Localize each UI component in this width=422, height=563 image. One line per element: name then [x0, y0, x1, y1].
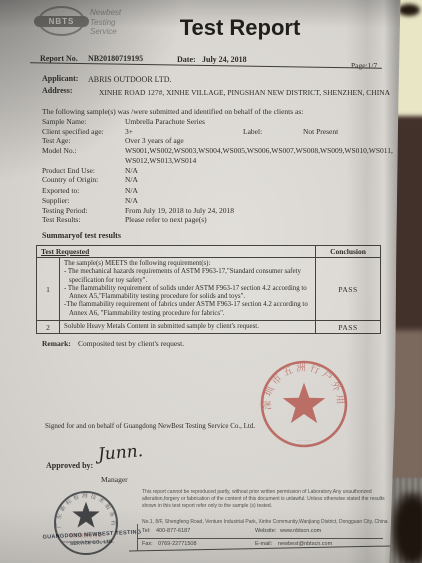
report-no-value: NB20180719195	[88, 54, 143, 63]
field-value: Please refer to next page(s)	[125, 215, 207, 224]
label-present-label: Label:	[243, 127, 262, 136]
logo-abbr: NBTS	[34, 16, 89, 27]
paper-document: NBTS Newbest Testing Service Test Report…	[0, 0, 422, 563]
remark-label: Remark:	[42, 339, 71, 348]
requirement-line: The sample(s) MEETS the following requir…	[64, 260, 311, 268]
table-row: 2 Soluble Heavy Metals Content in submit…	[37, 320, 380, 333]
field-row-model-no-cont: WS012,WS013,WS014	[0, 156, 422, 166]
address-value: XINHE ROAD 127#, XINHE VILLAGE, PINGSHAN…	[99, 88, 390, 97]
field-label: Test Results:	[42, 215, 80, 224]
field-label: Test Age:	[42, 136, 70, 145]
disclaimer-line: This report cannot be reproduced partly,…	[142, 489, 404, 496]
row-text: The sample(s) MEETS the following requir…	[60, 258, 315, 320]
summary-table: Test Requested Conclusion 1 The sample(s…	[36, 245, 381, 334]
table-row: 1 The sample(s) MEETS the following requ…	[37, 258, 380, 320]
disclaimer-text: This report cannot be reproduced partly,…	[142, 489, 404, 510]
date-label: Date:	[177, 55, 196, 64]
field-row-sample-name: Sample Name: Umbrella Parachute Series	[0, 117, 422, 127]
field-row-supplier: Supplier: N/A	[0, 196, 422, 206]
field-value: N/A	[125, 166, 138, 175]
field-label: Product End Use:	[42, 166, 95, 175]
website-label: Website:	[255, 528, 276, 534]
conclusion-badge: PASS	[315, 321, 380, 333]
field-value: WS001,WS002,WS003,WS004,WS005,WS006,WS00…	[125, 146, 393, 155]
field-label: Model No.:	[42, 146, 77, 155]
applicant-value: ABRIS OUTDOOR LTD.	[88, 75, 172, 84]
conclusion-badge: PASS	[315, 258, 380, 320]
field-row-country-origin: Country of Origin: N/A	[0, 175, 422, 185]
fax-value: 0769-22771508	[158, 541, 197, 547]
field-row-exported-to: Exported to: N/A	[0, 186, 422, 196]
row-number: 1	[37, 258, 60, 320]
lab-inspection-stamp: 广东新标检测技术服务有限公司 检验检测专用章 Inspection & Test…	[50, 487, 122, 559]
field-label: Country of Origin:	[42, 175, 98, 184]
field-value: 3+	[125, 127, 133, 136]
label-present-value: Not Present	[303, 127, 338, 136]
row-text: Soluble Heavy Metals Content in submitte…	[60, 321, 315, 333]
field-label: Client specified age:	[42, 127, 104, 136]
col-header-conclusion: Conclusion	[315, 246, 380, 257]
field-label: Supplier:	[42, 196, 70, 205]
tel-value: 400-877-6187	[156, 528, 190, 534]
field-label: Testing Period:	[42, 206, 88, 215]
tel-label: Tel:	[142, 528, 151, 534]
requirement-line: -The flammability requirement of fabrics…	[64, 301, 311, 309]
field-value: N/A	[125, 175, 138, 184]
field-value: From July 19, 2018 to July 24, 2018	[125, 206, 234, 215]
requirement-line: - The flammability requirement of solids…	[64, 285, 311, 293]
remark-value: Composited test by client's request.	[78, 339, 184, 348]
stamp-star-icon	[283, 383, 326, 424]
thumb-shadow	[392, 492, 422, 563]
field-row-model-no: Model No.: WS001,WS002,WS003,WS004,WS005…	[0, 146, 422, 156]
summary-heading: Summaryof test results	[42, 231, 121, 240]
field-row-test-age: Test Age: Over 3 years of age	[0, 136, 422, 146]
address-label: Address:	[42, 86, 73, 95]
footer-mid-rule	[137, 538, 383, 539]
disclaimer-line: shown in this test report refer only to …	[142, 503, 404, 510]
field-value: Over 3 years of age	[125, 136, 184, 145]
lab-address: No.1, 8/F, Shengfeng Road, Venture Indus…	[142, 519, 404, 525]
photo-frame: NBTS Newbest Testing Service Test Report…	[0, 0, 422, 563]
row-number: 2	[37, 321, 60, 333]
requirement-line: Annex A5,"Flammability testing procedure…	[64, 293, 311, 301]
background-dark-object	[398, 4, 420, 16]
requirement-line: - The mechanical hazards requirements of…	[64, 268, 311, 276]
field-value: N/A	[125, 196, 138, 205]
tagline-line: Newbest	[90, 8, 121, 18]
signed-on-behalf-line: Signed for and on behalf of Guangdong Ne…	[45, 422, 255, 430]
table-header-row: Test Requested Conclusion	[37, 246, 380, 258]
approver-title: Manager	[101, 475, 128, 484]
field-label: Sample Name:	[42, 117, 86, 126]
handwritten-signature: Junn.	[97, 441, 144, 465]
red-stamp-bottom-marks: · · · · ·	[297, 438, 312, 444]
website-value: www.nbtscn.com	[280, 528, 321, 534]
applicant-label: Applicant:	[42, 74, 78, 83]
approved-by-label: Approved by:	[46, 461, 93, 470]
field-value: Umbrella Parachute Series	[125, 117, 205, 126]
col-header-test-requested: Test Requested	[37, 246, 315, 257]
tagline-line: Service	[90, 27, 121, 37]
field-row-test-results: Test Results: Please refer to next page(…	[0, 215, 422, 225]
tagline-line: Testing	[90, 18, 121, 28]
stamp-star-icon	[72, 502, 99, 528]
requirement-line: Soluble Heavy Metals Content in submitte…	[64, 323, 311, 331]
red-company-stamp: 深圳市五洲行户外用品有限公司 · · · · ·	[257, 357, 351, 451]
dark-stamp-inner-line2: Inspection & Testing Service	[62, 540, 110, 544]
page-title: Test Report	[165, 15, 315, 41]
intro-line: The following sample(s) was /were submit…	[42, 107, 303, 116]
field-label: Exported to:	[42, 186, 79, 195]
disclaimer-line: alteration,forgery or fabrication of the…	[142, 496, 404, 503]
field-value: WS012,WS013,WS014	[125, 156, 196, 165]
dark-stamp-inner-line1: 检验检测专用章	[70, 532, 103, 539]
requirement-line: specification for toy safety".	[64, 277, 311, 285]
nbts-logo: NBTS	[38, 6, 85, 36]
requirement-line: Annex A6, "Flammability testing procedur…	[64, 310, 311, 318]
logo-tagline: Newbest Testing Service	[90, 8, 121, 37]
email-label: E-mail:	[255, 541, 272, 547]
fax-label: Fax:	[142, 541, 153, 547]
field-value: N/A	[125, 186, 138, 195]
date-value: July 24, 2018	[202, 55, 247, 64]
